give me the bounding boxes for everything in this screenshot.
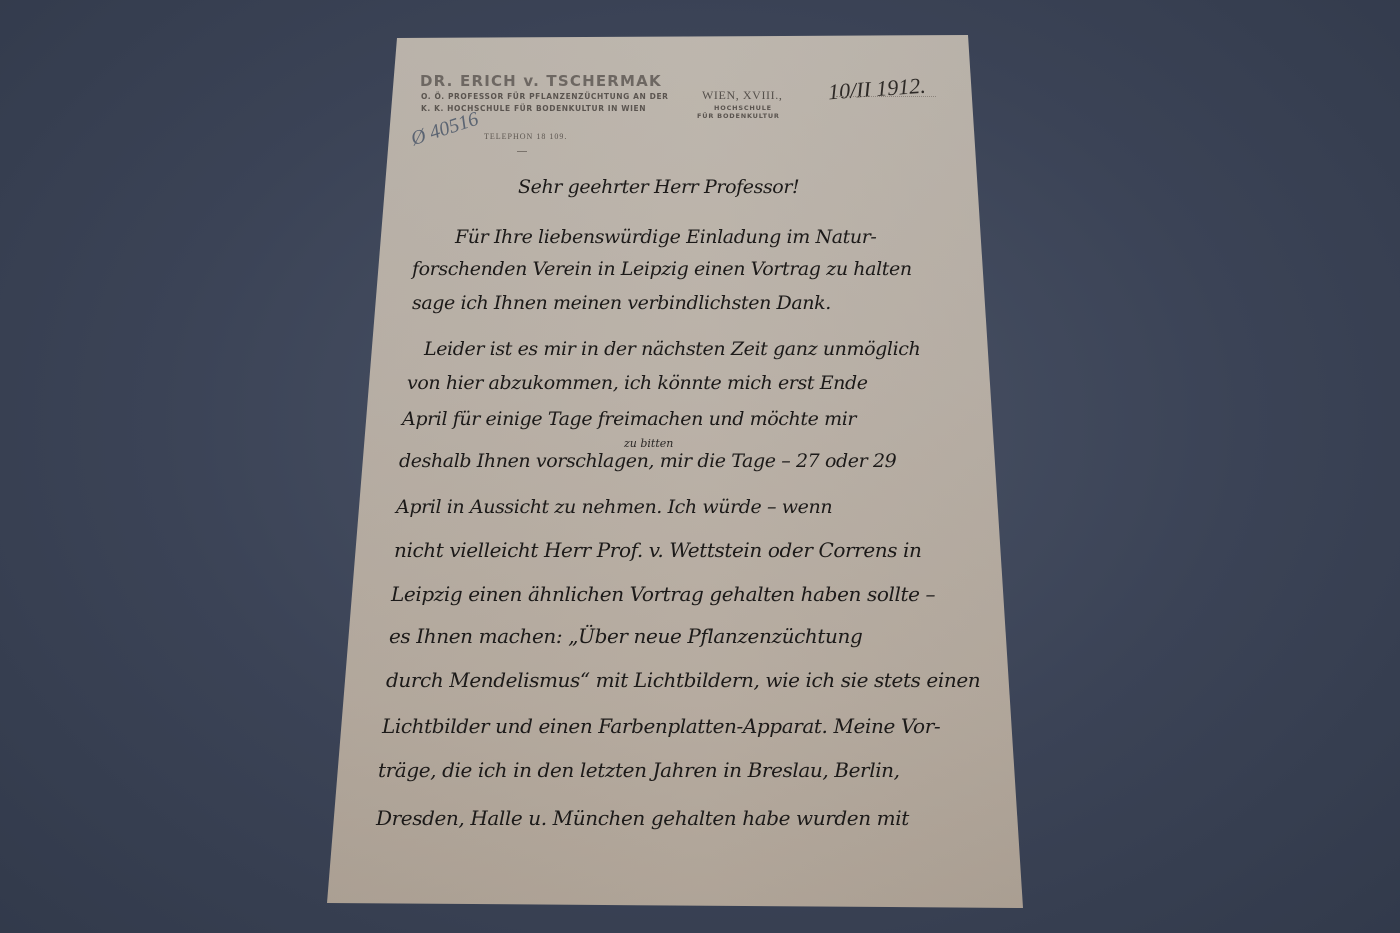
letter-line: Für Ihre liebenswürdige Einladung im Nat… — [455, 226, 876, 248]
letterhead-title-line-1: O. Ö. PROFESSOR FÜR PFLANZENZÜCHTUNG AN … — [421, 92, 669, 101]
letter-line: deshalb Ihnen vorschlagen, mir die Tage … — [399, 450, 896, 472]
letterhead-place-sub-2: FÜR BODENKULTUR — [697, 112, 780, 120]
letterhead-name: DR. ERICH v. TSCHERMAK — [420, 72, 662, 90]
letter-line: Dresden, Halle u. München gehalten habe … — [376, 806, 909, 830]
letter-line: April in Aussicht zu nehmen. Ich würde –… — [396, 496, 832, 518]
letter-line: nicht vielleicht Herr Prof. v. Wettstein… — [394, 538, 922, 562]
interlinear-insert: zu bitten — [624, 437, 673, 450]
letter-line: es Ihnen machen: „Über neue Pflanzenzüch… — [389, 624, 862, 648]
letterhead-rule — [517, 151, 527, 152]
letter-line: Leipzig einen ähnlichen Vortrag gehalten… — [391, 582, 935, 606]
letterhead-telephone: TELEPHON 18 109. — [484, 132, 567, 141]
letter-line: Leider ist es mir in der nächsten Zeit g… — [424, 338, 920, 360]
letterhead-place-sub-1: HOCHSCHULE — [714, 104, 772, 112]
letter-line: forschenden Verein in Leipzig einen Vort… — [412, 258, 912, 280]
letter-line: Lichtbilder und einen Farbenplatten-Appa… — [382, 714, 940, 738]
letter-line: April für einige Tage freimachen und möc… — [402, 408, 856, 430]
letterhead-title-line-2: K. K. HOCHSCHULE FÜR BODENKULTUR IN WIEN — [421, 104, 646, 113]
letterhead-place: WIEN, XVIII., — [702, 88, 782, 103]
letter-line: sage ich Ihnen meinen verbindlichsten Da… — [412, 292, 831, 314]
letter-salutation: Sehr geehrter Herr Professor! — [518, 176, 799, 198]
letter-line: durch Mendelismus“ mit Lichtbildern, wie… — [386, 668, 980, 692]
letter-line: von hier abzukommen, ich könnte mich ers… — [407, 372, 868, 394]
letter-line: träge, die ich in den letzten Jahren in … — [378, 758, 900, 782]
date-rule — [836, 96, 936, 97]
